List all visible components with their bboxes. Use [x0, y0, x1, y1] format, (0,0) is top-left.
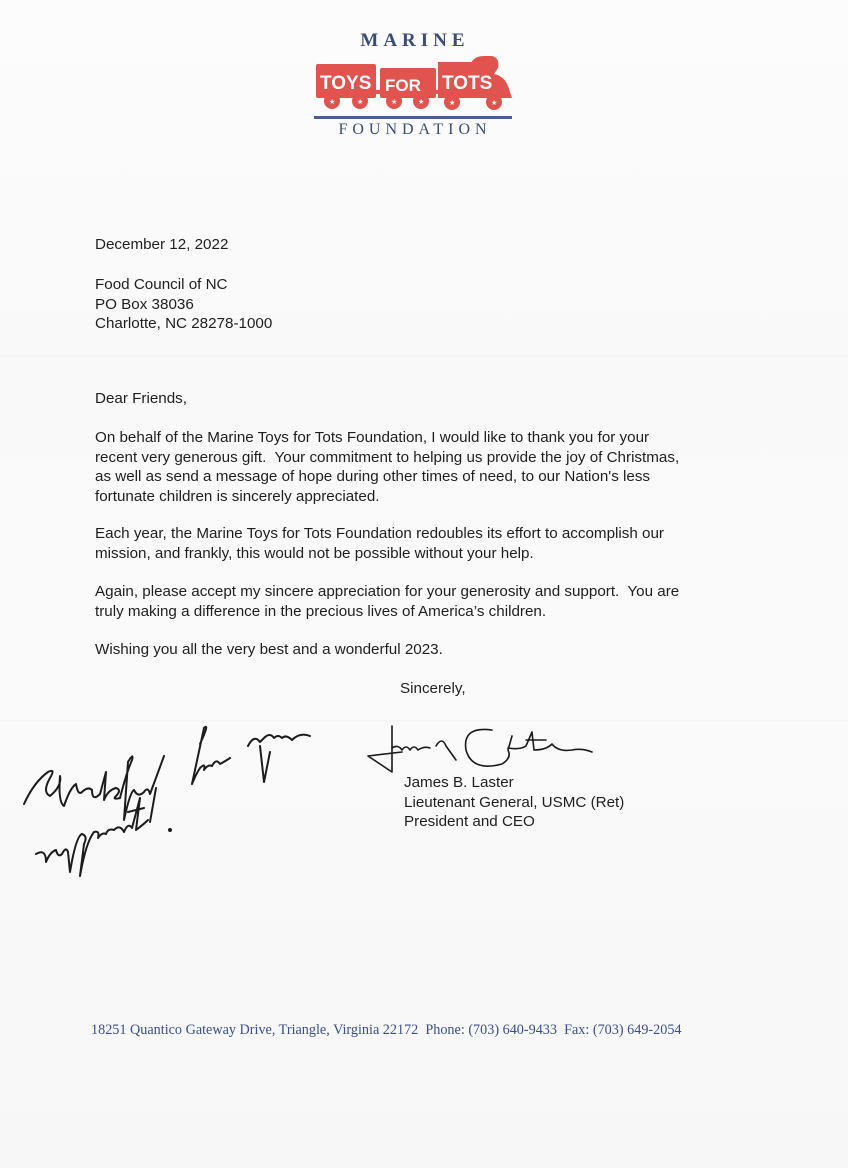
body-paragraph-3: Again, please accept my sincere apprecia…	[95, 582, 679, 621]
footer-address: 18251 Quantico Gateway Drive, Triangle, …	[91, 1022, 418, 1038]
recipient-address-line2: Charlotte, NC 28278-1000	[95, 314, 272, 334]
logo-foundation-text: FOUNDATION	[310, 121, 520, 139]
signature-block: James B. Laster Lieutenant General, USMC…	[404, 773, 624, 832]
paragraph-line: Again, please accept my sincere apprecia…	[95, 582, 679, 602]
logo-word-toys: TOYS	[320, 73, 371, 94]
paragraph-line: Each year, the Marine Toys for Tots Foun…	[95, 524, 664, 544]
signer-name: James B. Laster	[404, 773, 624, 793]
body-paragraph-4: Wishing you all the very best and a wond…	[95, 640, 443, 660]
svg-text:★: ★	[418, 98, 424, 106]
body-paragraph-2: Each year, the Marine Toys for Tots Foun…	[95, 524, 664, 563]
letterhead-footer: 18251 Quantico Gateway Drive, Triangle, …	[91, 1022, 682, 1039]
logo-marine-text: MARINE	[310, 30, 520, 52]
paragraph-line: On behalf of the Marine Toys for Tots Fo…	[95, 428, 679, 448]
paragraph-line: Wishing you all the very best and a wond…	[95, 640, 443, 660]
paragraph-line: recent very generous gift. Your commitme…	[95, 448, 679, 468]
logo-divider	[314, 116, 512, 119]
footer-fax: Fax: (703) 649-2054	[564, 1022, 681, 1038]
letter-date: December 12, 2022	[95, 235, 228, 255]
signer-role: President and CEO	[404, 812, 624, 832]
body-paragraph-1: On behalf of the Marine Toys for Tots Fo…	[95, 428, 679, 506]
svg-text:★: ★	[357, 98, 363, 106]
letter-page: MARINE TOYS FOR TOTS	[0, 0, 848, 1168]
recipient-block: Food Council of NC PO Box 38036 Charlott…	[95, 275, 272, 334]
svg-text:★: ★	[491, 99, 497, 107]
salutation: Dear Friends,	[95, 389, 187, 409]
logo-word-for: FOR	[385, 76, 421, 95]
recipient-address-line1: PO Box 38036	[95, 295, 272, 315]
handwritten-note: Grateful for your support!	[20, 712, 340, 882]
svg-text:★: ★	[329, 98, 335, 106]
paragraph-line: fortunate children is sincerely apprecia…	[95, 487, 679, 507]
svg-text:★: ★	[449, 99, 455, 107]
svg-text:★: ★	[391, 98, 397, 106]
paper-fold-line	[0, 355, 848, 357]
paragraph-line: mission, and frankly, this would not be …	[95, 544, 664, 564]
train-logo-icon: TOYS FOR TOTS ★★ ★★ ★★	[314, 56, 514, 118]
recipient-name: Food Council of NC	[95, 275, 272, 295]
paragraph-line: as well as send a message of hope during…	[95, 467, 679, 487]
toys-for-tots-logo: MARINE TOYS FOR TOTS	[310, 28, 520, 140]
signer-title: Lieutenant General, USMC (Ret)	[404, 793, 624, 813]
logo-word-tots: TOTS	[442, 73, 492, 94]
paragraph-line: truly making a difference in the preciou…	[95, 602, 679, 622]
footer-phone: Phone: (703) 640-9433	[425, 1022, 557, 1038]
closing: Sincerely,	[400, 679, 466, 699]
